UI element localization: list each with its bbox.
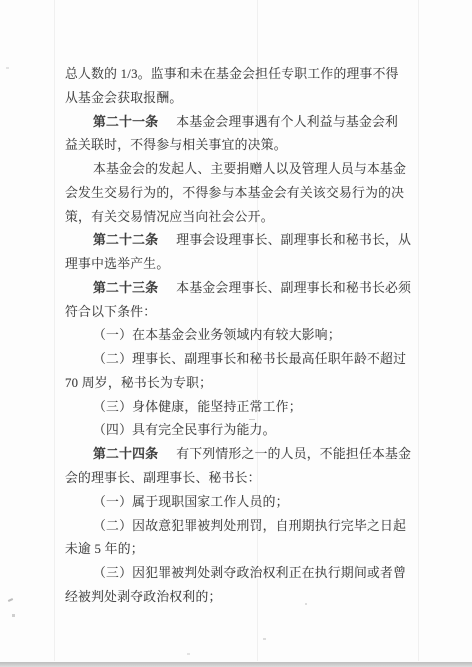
scan-noise-speck xyxy=(8,598,13,602)
text-segment: （四）具有完全民事行为能力。 xyxy=(93,423,276,437)
text-segment: 会的理事长、副理事长、秘书长： xyxy=(65,471,261,485)
text-line: 未逾 5 年的； xyxy=(65,538,411,562)
text-line: 第二十二条 理事会设理事长、副理事长和秘书长，从 xyxy=(65,229,411,253)
text-segment: 会发生交易行为的，不得参与本基金会有关该交易行为的决 xyxy=(65,186,404,200)
text-line: （三）身体健康，能坚持正常工作； xyxy=(65,396,411,420)
text-segment: 70 周岁，秘书长为专职； xyxy=(65,376,212,390)
text-segment: （一）在本基金会业务领域内有较大影响； xyxy=(93,328,341,342)
text-line: 第二十三条 本基金会理事长、副理事长和秘书长必须 xyxy=(65,277,411,301)
scanned-page: 总人数的 1/3。监事和未在基金会担任专职工作的理事不得从基金会获取报酬。第二十… xyxy=(0,0,472,667)
text-segment: 本基金会理事遇有个人利益与基金会利 xyxy=(163,115,398,129)
scan-noise-speck xyxy=(187,653,190,655)
text-segment: 未逾 5 年的； xyxy=(65,542,144,556)
document-text-block: 总人数的 1/3。监事和未在基金会担任专职工作的理事不得从基金会获取报酬。第二十… xyxy=(65,63,411,610)
text-line: 从基金会获取报酬。 xyxy=(65,87,411,111)
text-segment: 有下列情形之一的人员，不能担任本基金 xyxy=(163,447,411,461)
scan-noise-speck xyxy=(249,419,255,420)
text-segment: 本基金会的发起人、主要捐赠人以及管理人员与本基金 xyxy=(93,162,406,176)
text-line: （三）因犯罪被判处剥夺政治权利正在执行期间或者曾 xyxy=(65,562,411,586)
text-line: 会的理事长、副理事长、秘书长： xyxy=(65,467,411,491)
article-number: 第二十二条 xyxy=(93,233,158,247)
scan-noise-speck xyxy=(263,638,266,640)
text-line: 会发生交易行为的，不得参与本基金会有关该交易行为的决 xyxy=(65,182,411,206)
text-line: （四）具有完全民事行为能力。 xyxy=(65,419,411,443)
text-segment: （二）因故意犯罪被判处刑罚，自刑期执行完毕之日起 xyxy=(93,519,406,533)
article-number: 第二十四条 xyxy=(93,447,158,461)
text-line: 第二十一条 本基金会理事遇有个人利益与基金会利 xyxy=(65,111,411,135)
scan-fold-line xyxy=(54,0,55,661)
text-line: 经被判处剥夺政治权利的； xyxy=(65,586,411,610)
text-segment: 策，有关交易情况应当向社会公开。 xyxy=(65,210,274,224)
text-line: （一）在本基金会业务领域内有较大影响； xyxy=(65,324,411,348)
text-segment: （一）属于现职国家工作人员的； xyxy=(93,495,289,509)
text-line: 本基金会的发起人、主要捐赠人以及管理人员与本基金 xyxy=(65,158,411,182)
text-line: 符合以下条件： xyxy=(65,301,411,325)
article-number: 第二十一条 xyxy=(93,115,158,129)
text-segment: （三）身体健康，能坚持正常工作； xyxy=(93,400,302,414)
text-segment: （二）理事长、副理事长和秘书长最高任职年龄不超过 xyxy=(93,352,406,366)
text-line: 策，有关交易情况应当向社会公开。 xyxy=(65,206,411,230)
text-segment: 益关联时，不得参与相关事宜的决策。 xyxy=(65,138,287,152)
text-line: 70 周岁，秘书长为专职； xyxy=(65,372,411,396)
text-segment: 经被判处剥夺政治权利的； xyxy=(65,590,222,604)
text-segment: 理事中选举产生。 xyxy=(65,257,169,271)
text-line: 第二十四条 有下列情形之一的人员，不能担任本基金 xyxy=(65,443,411,467)
scan-noise-speck xyxy=(305,603,307,605)
text-segment: 本基金会理事长、副理事长和秘书长必须 xyxy=(163,281,411,295)
scan-fold-line xyxy=(418,0,419,661)
scan-noise-speck xyxy=(12,614,15,617)
text-line: 总人数的 1/3。监事和未在基金会担任专职工作的理事不得 xyxy=(65,63,411,87)
text-segment: 总人数的 1/3。监事和未在基金会担任专职工作的理事不得 xyxy=(65,67,399,81)
scan-noise-speck xyxy=(6,67,9,69)
text-line: （一）属于现职国家工作人员的； xyxy=(65,491,411,515)
article-number: 第二十三条 xyxy=(93,281,158,295)
text-segment: 理事会设理事长、副理事长和秘书长，从 xyxy=(163,233,411,247)
scan-edge-band xyxy=(0,662,472,667)
text-line: 理事中选举产生。 xyxy=(65,253,411,277)
text-segment: （三）因犯罪被判处剥夺政治权利正在执行期间或者曾 xyxy=(93,566,406,580)
text-line: （二）因故意犯罪被判处刑罚，自刑期执行完毕之日起 xyxy=(65,515,411,539)
text-line: （二）理事长、副理事长和秘书长最高任职年龄不超过 xyxy=(65,348,411,372)
text-segment: 从基金会获取报酬。 xyxy=(65,91,182,105)
text-segment: 符合以下条件： xyxy=(65,305,156,319)
text-line: 益关联时，不得参与相关事宜的决策。 xyxy=(65,134,411,158)
